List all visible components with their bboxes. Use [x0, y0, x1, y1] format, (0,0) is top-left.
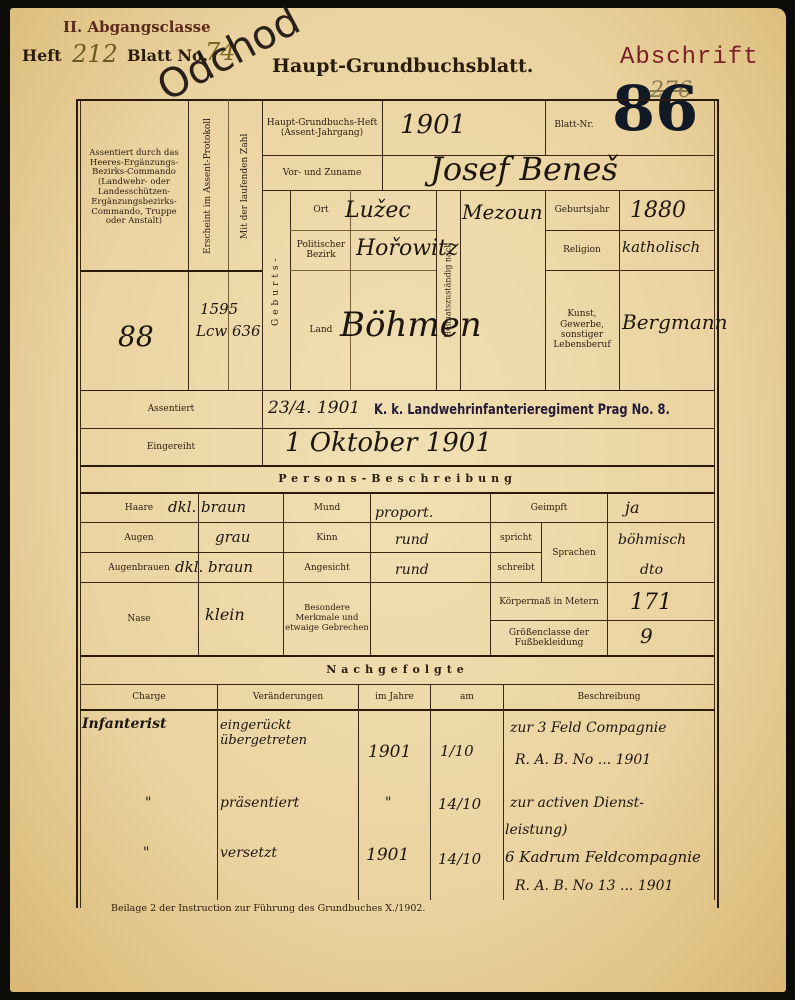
footer-text: Beilage 2 der Instruction zur Führung de… — [111, 903, 425, 914]
divider — [290, 270, 436, 271]
angesicht-value: rund — [395, 562, 429, 578]
fuss-label: Größenclasse der Fußbekleidung — [492, 622, 606, 654]
row1-beschreibung-2: R. A. B. No ... 1901 — [515, 752, 651, 768]
schreibt-label: schreibt — [492, 554, 540, 582]
assentiert-durch-value: 88 — [118, 320, 154, 353]
name-label: Vor- und Zuname — [264, 157, 380, 189]
table-border-top — [76, 99, 719, 101]
divider — [358, 684, 359, 900]
angesicht-label: Angesicht — [285, 554, 369, 582]
divider — [619, 190, 620, 390]
divider — [490, 582, 715, 583]
eingereiht-value: 1 Oktober 1901 — [285, 428, 492, 458]
ort-label: Ort — [292, 192, 350, 228]
row3-veraenderung: versetzt — [220, 845, 277, 861]
ort-value-2: Mezoun — [462, 200, 543, 224]
augenbrauen-value: dkl. braun — [175, 558, 253, 576]
divider — [545, 270, 715, 271]
row1-veraenderung: eingerückt übergetreten — [220, 718, 355, 748]
divider — [460, 190, 461, 390]
col-veraenderungen: Veränderungen — [219, 686, 357, 708]
bezirk-label: Politischer Bezirk — [292, 232, 350, 268]
koerper-value: 171 — [630, 590, 672, 615]
divider — [382, 100, 383, 190]
ort-value: Lužec — [345, 198, 411, 223]
heimat-label: Heimatszuständig nach — [438, 200, 458, 380]
divider — [436, 190, 437, 390]
divider — [228, 100, 229, 390]
divider — [80, 709, 715, 711]
haupt-heft-value: 1901 — [400, 110, 466, 140]
erscheint-label: Erscheint im Assent-Protokoll — [190, 104, 226, 268]
sprachen-label: Sprachen — [543, 524, 605, 582]
divider — [490, 522, 715, 523]
row2-charge: " — [145, 795, 151, 811]
haupt-heft-label: Haupt-Grundbuchs-Heft (Assent-Jahrgang) — [264, 102, 380, 154]
mund-value: proport. — [375, 505, 433, 521]
name-value: Josef Beneš — [430, 150, 618, 188]
divider — [80, 270, 262, 272]
row3-jahr: 1901 — [366, 845, 409, 865]
divider — [490, 552, 541, 553]
divider — [80, 552, 490, 553]
divider — [290, 230, 436, 231]
augen-value: grau — [215, 528, 250, 546]
religion-label: Religion — [547, 232, 617, 268]
row1-charge: Infanterist — [82, 716, 166, 732]
kinn-value: rund — [395, 532, 429, 548]
row1-jahr: 1901 — [368, 742, 411, 762]
geburtsjahr-value: 1880 — [630, 198, 686, 223]
heft-value: 212 — [72, 40, 118, 68]
big-number-stamp: 86 — [612, 78, 698, 140]
assentiert-date: 23/4. 1901 — [268, 398, 360, 418]
row3-charge: " — [143, 845, 149, 861]
unit-stamp: K. k. Landwehrinfanterieregiment Prag No… — [374, 402, 670, 418]
merkmale-label: Besondere Merkmale und etwaige Gebrechen — [285, 584, 369, 654]
heft-label: Heft — [22, 46, 62, 65]
divider — [80, 582, 490, 583]
class-label: II. Abgangsclasse — [63, 18, 211, 36]
sprachen-value: böhmisch — [618, 532, 686, 548]
table-border-left — [76, 100, 78, 908]
beruf-value: Bergmann — [622, 310, 728, 334]
table-border-left-inner — [80, 100, 81, 908]
laufende-zahl-label: Mit der laufenden Zahl — [230, 104, 260, 268]
divider — [290, 190, 291, 390]
divider — [430, 684, 431, 900]
assentiert-durch-label: Assentiert durch das Heeres-Ergänzungs-B… — [82, 108, 186, 268]
divider — [188, 100, 189, 390]
divider — [80, 390, 715, 391]
protokoll-value-1: 1595 — [200, 300, 238, 318]
geimpft-value: ja — [625, 498, 640, 517]
page-title: Haupt-Grundbuchsblatt. — [272, 55, 533, 77]
divider — [283, 494, 284, 655]
divider — [490, 494, 491, 655]
spricht-label: spricht — [492, 524, 540, 552]
row2-beschreibung: zur activen Dienst- — [510, 795, 644, 811]
divider — [80, 522, 490, 523]
eingereiht-label: Eingereiht — [82, 430, 260, 464]
nase-label: Nase — [82, 584, 196, 654]
mund-label: Mund — [285, 494, 369, 522]
col-im-jahre: im Jahre — [360, 686, 429, 708]
col-charge: Charge — [82, 686, 216, 708]
row3-am: 14/10 — [438, 850, 481, 868]
sprachen-value-2: dto — [640, 562, 663, 578]
person-section-title: Persons-Beschreibung — [80, 467, 715, 491]
protokoll-value-2: Lcw 636 — [196, 322, 261, 340]
row3-beschreibung-2: R. A. B. No 13 ... 1901 — [515, 878, 673, 894]
assentiert-label: Assentiert — [82, 392, 260, 427]
row3-beschreibung: 6 Kadrum Feldcompagnie — [505, 848, 701, 866]
divider — [545, 100, 546, 155]
row1-beschreibung: zur 3 Feld Compagnie — [510, 720, 666, 736]
nachgefolgte-title: Nachgefolgte — [80, 657, 715, 684]
divider — [490, 620, 715, 621]
table-border-right-inner — [714, 100, 715, 900]
kinn-label: Kinn — [285, 524, 369, 552]
row2-jahr: " — [385, 795, 391, 811]
divider — [541, 522, 542, 582]
divider — [217, 684, 218, 900]
geimpft-label: Geimpft — [492, 494, 606, 522]
religion-value: katholisch — [622, 238, 700, 256]
beruf-label: Kunst, Gewerbe, sonstiger Lebensberuf — [547, 272, 617, 388]
row2-am: 14/10 — [438, 795, 481, 813]
table-border-right — [717, 100, 719, 908]
geburtsjahr-label: Geburtsjahr — [547, 192, 617, 228]
divider — [262, 190, 715, 191]
row1-am: 1/10 — [440, 742, 474, 760]
col-am: am — [432, 686, 502, 708]
nase-value: klein — [205, 605, 245, 624]
blatt-nr-label: Blatt-Nr. — [548, 110, 600, 140]
koerper-label: Körpermaß in Metern — [492, 584, 606, 620]
augen-label: Augen — [82, 524, 196, 552]
fuss-value: 9 — [640, 624, 653, 648]
abschrift-stamp: Abschrift — [620, 44, 759, 71]
col-beschreibung: Beschreibung — [505, 686, 713, 708]
divider — [503, 684, 504, 900]
divider — [545, 230, 715, 231]
geburts-label: Geburts- — [264, 192, 288, 388]
divider — [545, 190, 546, 390]
land-value: Böhmen — [340, 305, 482, 345]
row2-beschreibung-2: leistung) — [505, 822, 568, 838]
row2-veraenderung: präsentiert — [220, 795, 299, 811]
haare-value: dkl. braun — [168, 498, 246, 516]
divider — [607, 494, 608, 655]
divider — [370, 494, 371, 655]
divider — [80, 684, 715, 685]
